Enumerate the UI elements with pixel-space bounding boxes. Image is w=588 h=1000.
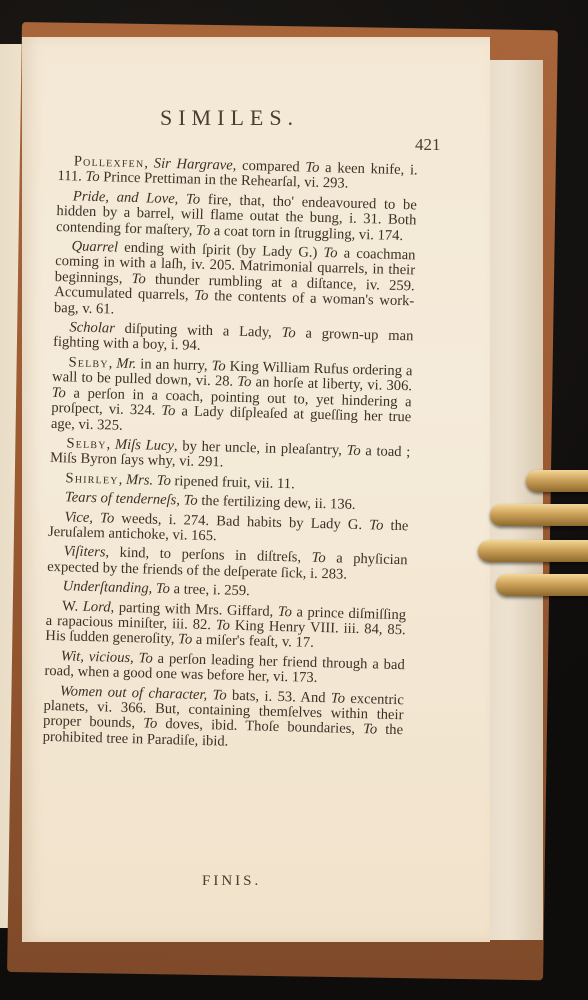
entry-italic: Viſiters [63, 544, 105, 561]
entry-italic: To [363, 722, 377, 738]
clasp-finger [526, 470, 588, 492]
entry-headword: Selby [68, 354, 109, 371]
index-entry-quarrel: Quarrel ending with ſpirit (by Lady G.) … [54, 239, 416, 325]
index-entry-women: Women out of character, To bats, i. 53. … [43, 683, 404, 754]
entry-italic: To [323, 245, 337, 261]
entry-italic: To [237, 374, 251, 390]
entry-italic: Tears of tenderneſs, To [65, 489, 198, 508]
clasp-finger [478, 540, 588, 562]
entry-headword: Shirley [65, 470, 119, 487]
finis-closing: FINIS. [202, 873, 261, 890]
entry-italic: To [305, 159, 319, 175]
index-entry-wit: Wit, vicious, To a perſon leading her fr… [44, 649, 405, 689]
entry-italic: To [143, 716, 157, 732]
entry-italic: To [281, 325, 295, 341]
entry-italic: To [211, 358, 225, 374]
entry-text: a miſer's feaſt, v. 17. [192, 632, 314, 651]
book-page: SIMILES. 421 Pollexfen, Sir Hargrave, co… [22, 37, 490, 942]
entry-text: a tree, i. 259. [170, 581, 250, 599]
index-entry-scholar: Scholar diſputing with a Lady, To a grow… [53, 320, 414, 360]
brass-clasp-hand [474, 468, 588, 628]
entry-italic: Mr. [116, 355, 136, 372]
entry-italic: To [311, 550, 325, 566]
entry-headword: Selby [66, 435, 107, 452]
index-entry-selby-mr: Selby, Mr. in an hurry, To King William … [51, 355, 413, 441]
entry-italic: Underſtanding, To [62, 578, 170, 597]
entry-text: W. [62, 598, 83, 615]
page-number: 421 [415, 135, 441, 155]
index-entry-pride: Pride, and Love, To fire, that, tho' end… [56, 189, 417, 245]
index-entries: Pollexfen, Sir Hargrave, compared To a k… [42, 154, 417, 758]
entry-italic: To [131, 271, 145, 287]
entry-text: , [144, 155, 154, 171]
entry-italic: To [194, 288, 208, 304]
index-entry-w-lord: W. Lord, parting with Mrs. Giffard, To a… [45, 598, 406, 654]
entry-text: the fertilizing dew, ii. 136. [197, 493, 355, 513]
entry-italic: Mrs. To [126, 472, 171, 489]
index-entry-vice: Vice, To weeds, i. 274. Bad habits by La… [48, 509, 409, 549]
entry-italic: To [196, 222, 210, 238]
running-head: SIMILES. [160, 105, 299, 131]
entry-text: ripened fruit, vii. 11. [171, 473, 295, 492]
entry-italic: To [178, 632, 192, 648]
entry-italic: To [52, 385, 66, 401]
entry-italic: To [216, 617, 230, 633]
entry-italic: To [85, 169, 99, 185]
entry-italic: To [331, 690, 345, 706]
index-entry-selby-lucy: Selby, Miſs Lucy, by her uncle, in pleaſ… [50, 436, 411, 476]
entry-italic: To [161, 403, 175, 419]
entry-italic: To [278, 603, 292, 619]
clasp-finger [490, 504, 588, 526]
index-entry-pollexfen: Pollexfen, Sir Hargrave, compared To a k… [57, 154, 418, 194]
entry-italic: To [346, 443, 360, 459]
entry-italic: To [369, 517, 383, 533]
clasp-finger [496, 574, 588, 596]
index-entry-visiters: Viſiters, kind, to perſons in diſtreſs, … [47, 544, 408, 584]
entry-italic: Lord [83, 598, 111, 615]
